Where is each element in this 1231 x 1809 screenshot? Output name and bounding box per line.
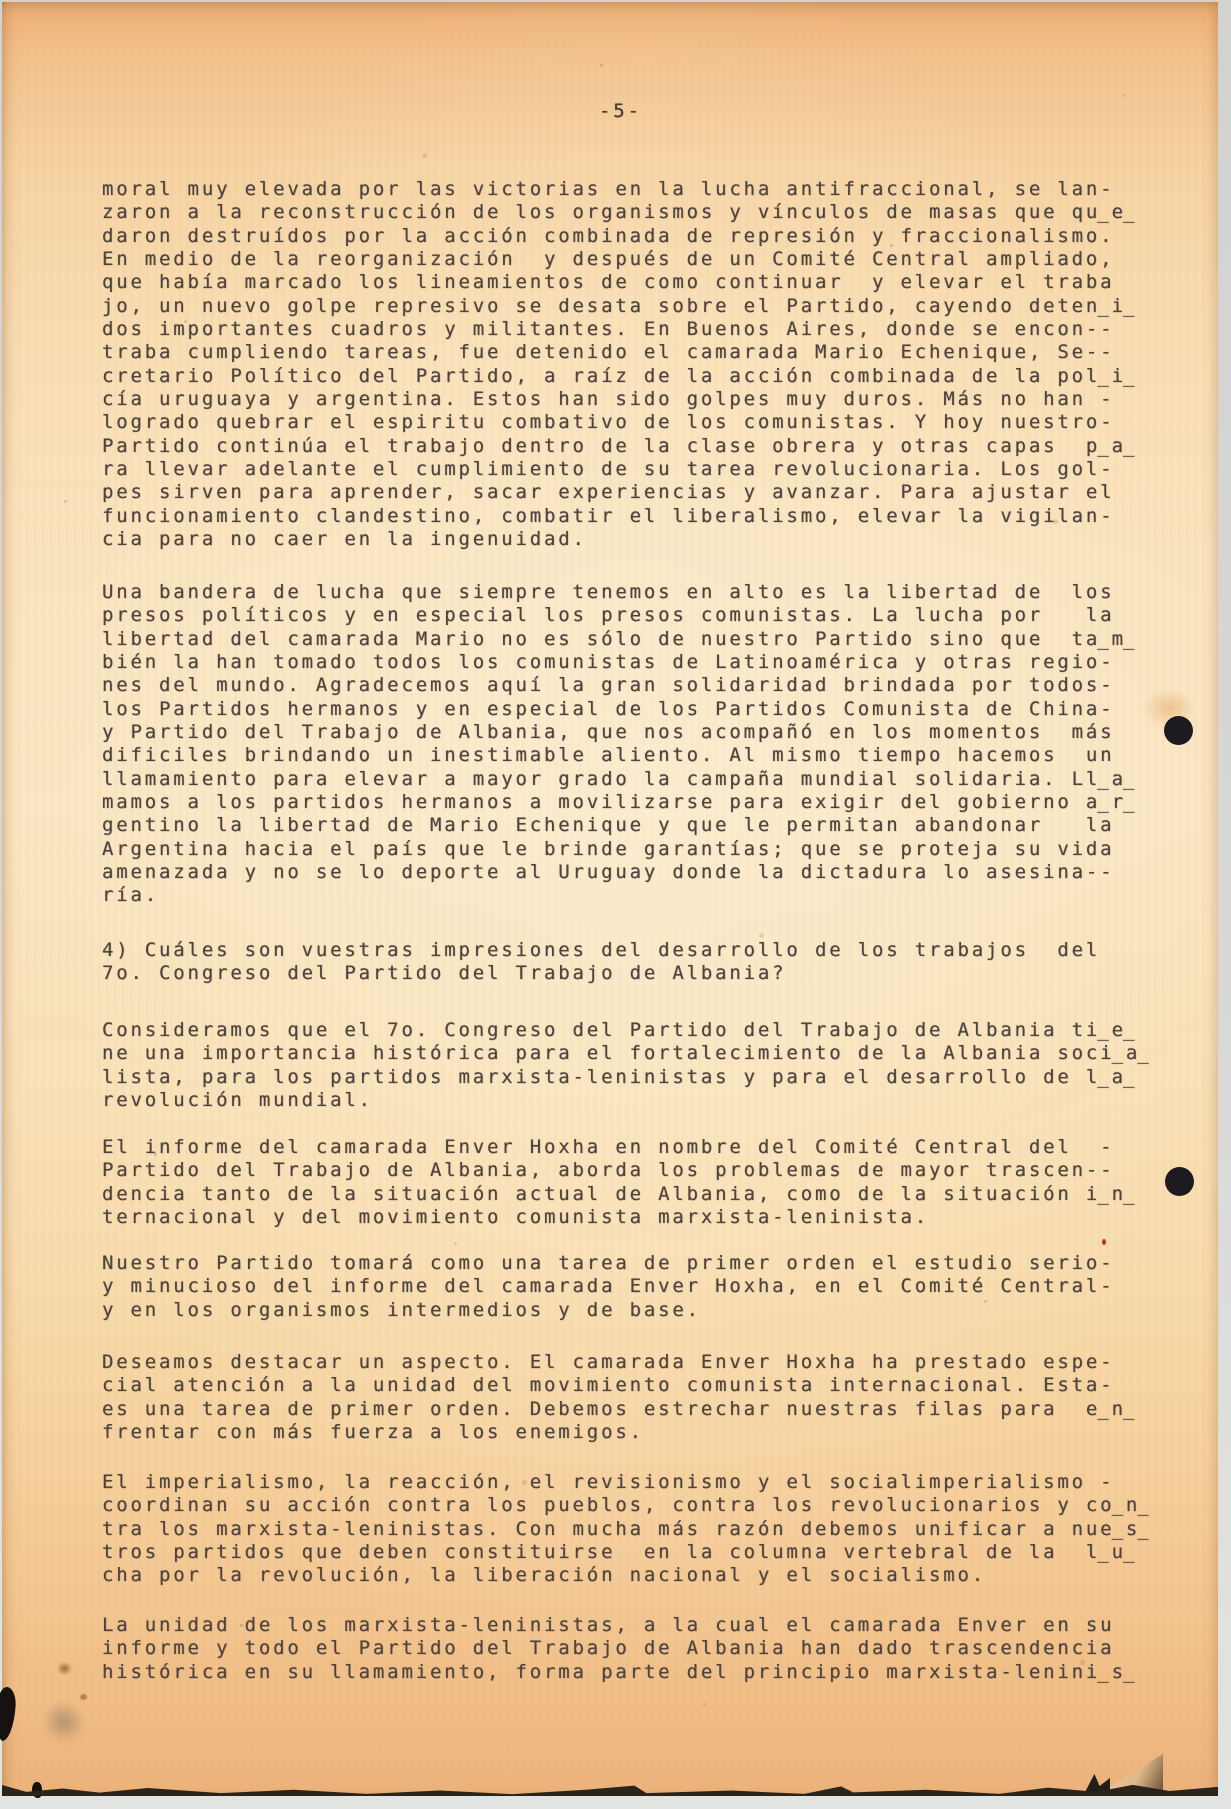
black-dot-lower <box>1165 1167 1194 1196</box>
paragraph-2: Una bandera de lucha que siempre tenemos… <box>102 581 1137 908</box>
ink-blob-left-margin <box>0 1686 17 1741</box>
scanned-document-page: { "document": { "page_number": "-5-", "l… <box>0 0 1231 1809</box>
rust-stain <box>57 1662 72 1675</box>
paragraph-7: Deseamos destacar un aspecto. El camarad… <box>102 1351 1137 1444</box>
red-speck <box>1102 1239 1106 1245</box>
paragraph-8: El imperialismo, la reacción, el revisio… <box>102 1471 1152 1588</box>
paragraph-4: Consideramos que el 7o. Congreso del Par… <box>102 1019 1152 1112</box>
paragraph-1: moral muy elevada por las victorias en l… <box>102 178 1137 552</box>
smudge-stain <box>32 1690 97 1754</box>
rust-dot <box>80 1694 87 1700</box>
paragraph-5: El informe del camarada Enver Hoxha en n… <box>102 1136 1137 1229</box>
paper-specks <box>2 2 5 5</box>
torn-bottom-edge <box>2 1783 1218 1796</box>
black-dot-upper <box>1164 716 1193 745</box>
paper-sheet: -5- moral muy elevada por las victorias … <box>2 2 1218 1796</box>
paragraph-6: Nuestro Partido tomará como una tarea de… <box>102 1252 1114 1322</box>
paragraph-3-question: 4) Cuáles son vuestras impresiones del d… <box>102 939 1100 986</box>
page-number: -5- <box>599 100 642 123</box>
paragraph-9: La unidad de los marxista-leninistas, a … <box>102 1614 1137 1684</box>
